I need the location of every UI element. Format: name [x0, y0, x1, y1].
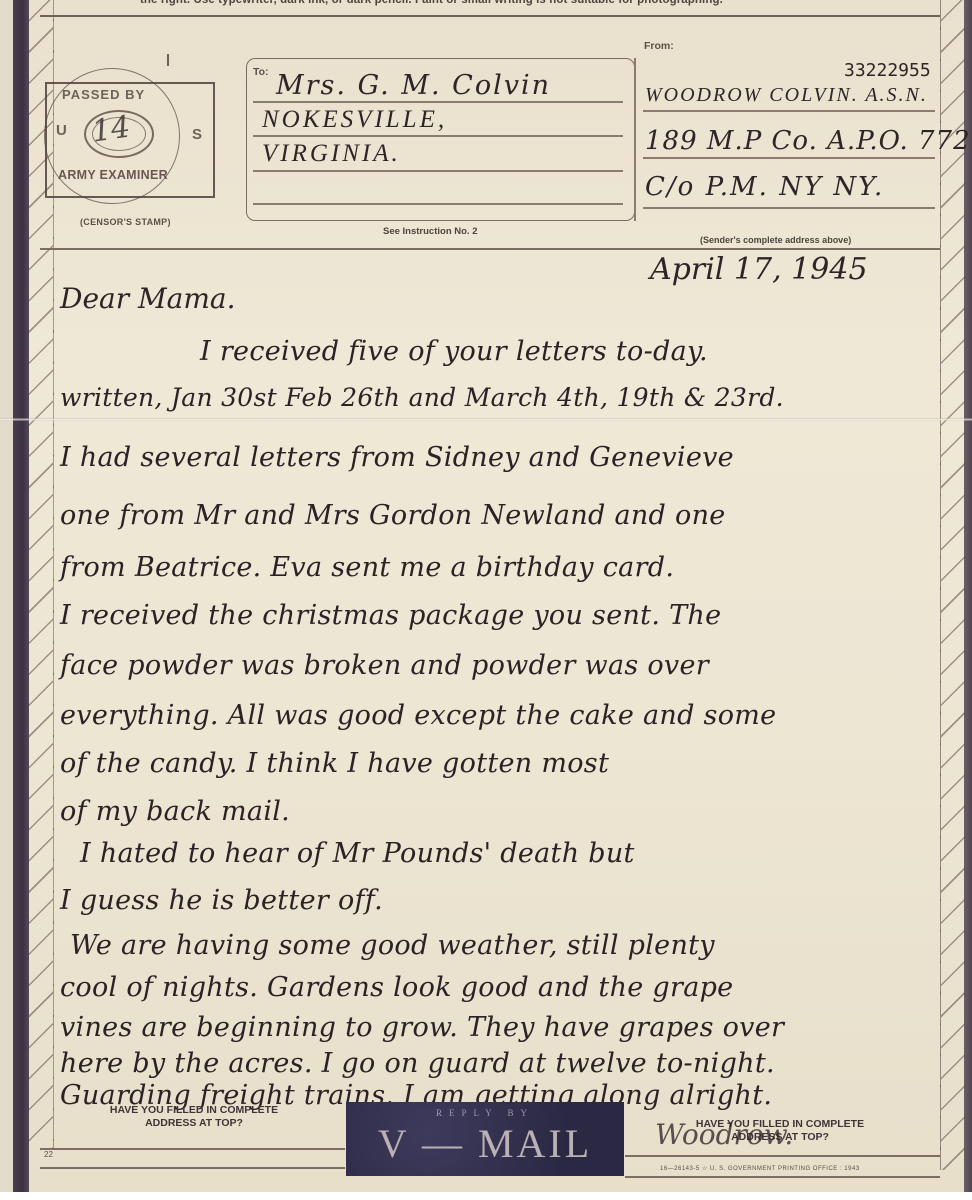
stamp-army-examiner: ARMY EXAMINER: [58, 168, 168, 182]
letter-line: I received the christmas package you sen…: [60, 600, 721, 631]
letter-date: April 17, 1945: [650, 252, 868, 287]
letter-line: face powder was broken and powder was ov…: [60, 650, 709, 681]
address-line: [253, 101, 623, 103]
right-hatched-border: [940, 0, 965, 1170]
stamp-u: U: [56, 122, 67, 139]
stamp-passed-by: PASSED BY: [62, 87, 145, 102]
stamp-tick: [167, 54, 169, 66]
address-line: [253, 135, 623, 137]
address-reminder-left: HAVE YOU FILLED IN COMPLETE ADDRESS AT T…: [74, 1104, 314, 1130]
reminder-line: HAVE YOU FILLED IN COMPLETE: [74, 1104, 314, 1117]
letter-line: We are having some good weather, still p…: [70, 930, 715, 961]
sender-caption: (Sender's complete address above): [700, 235, 851, 245]
from-divider: [634, 58, 636, 221]
form-number: 22: [44, 1150, 53, 1159]
address-line: [643, 110, 935, 112]
letter-line: here by the acres. I go on guard at twel…: [60, 1048, 775, 1079]
bottom-rule: [40, 1167, 345, 1169]
address-line: [253, 170, 623, 172]
recipient-state: VIRGINIA.: [262, 140, 401, 168]
letter-line: I hated to hear of Mr Pounds' death but: [80, 838, 635, 869]
from-label: From:: [644, 40, 674, 52]
top-rule: [40, 15, 940, 17]
recipient-name: Mrs. G. M. Colvin: [276, 70, 551, 101]
letter-line: everything. All was good except the cake…: [60, 700, 776, 731]
signature: Woodrow.: [655, 1118, 793, 1151]
printer-line: 16—26143-5 ☆ U. S. GOVERNMENT PRINTING O…: [660, 1165, 860, 1172]
bottom-rule: [40, 1148, 345, 1150]
to-label: To:: [253, 66, 269, 78]
stamp-s: S: [192, 126, 202, 143]
reminder-line: ADDRESS AT TOP?: [74, 1117, 314, 1130]
letter-line: of my back mail.: [60, 796, 290, 827]
sender-postmaster: C/o P.M. NY NY.: [645, 172, 884, 202]
letter-line: vines are beginning to grow. They have g…: [60, 1012, 784, 1043]
right-border-strip: [964, 0, 972, 1192]
letter-line: one from Mr and Mrs Gordon Newland and o…: [60, 500, 726, 531]
letter-line: from Beatrice. Eva sent me a birthday ca…: [60, 552, 674, 583]
address-line: [643, 157, 935, 159]
header-rule: [40, 248, 940, 250]
letter-line: written, Jan 30st Feb 26th and March 4th…: [60, 383, 784, 412]
letter-line: of the candy. I think I have gotten most: [60, 748, 609, 779]
sender-name: WOODROW COLVIN. A.S.N.: [645, 84, 928, 107]
serial-number: 33222955: [844, 60, 931, 81]
address-line: [253, 203, 623, 205]
letter-line: I received five of your letters to-day.: [200, 336, 708, 367]
letter-line: cool of nights. Gardens look good and th…: [60, 972, 733, 1003]
salutation: Dear Mama.: [60, 282, 236, 315]
letter-line: I had several letters from Sidney and Ge…: [60, 442, 734, 473]
bottom-rule: [625, 1155, 940, 1157]
see-instruction: See Instruction No. 2: [383, 226, 478, 237]
scan-edge: [0, 1192, 972, 1200]
scan-margin: [0, 0, 13, 1192]
vmail-title: V — MAIL: [346, 1120, 624, 1167]
sender-unit: 189 M.P Co. A.P.O. 772: [645, 126, 971, 156]
address-line: [643, 207, 935, 209]
form-instruction: the right. Use typewriter, dark ink, or …: [140, 0, 723, 6]
examiner-signature: 14: [90, 110, 133, 150]
vmail-logo: REPLY BY V — MAIL: [346, 1102, 624, 1176]
censor-stamp-caption: (CENSOR'S STAMP): [80, 217, 171, 227]
vmail-reply-by: REPLY BY: [346, 1108, 624, 1118]
left-border-strip: [13, 0, 29, 1192]
paper-fold: [0, 418, 972, 421]
bottom-rule: [625, 1176, 940, 1178]
letter-line: I guess he is better off.: [60, 885, 383, 916]
recipient-town: NOKESVILLE,: [262, 106, 447, 134]
